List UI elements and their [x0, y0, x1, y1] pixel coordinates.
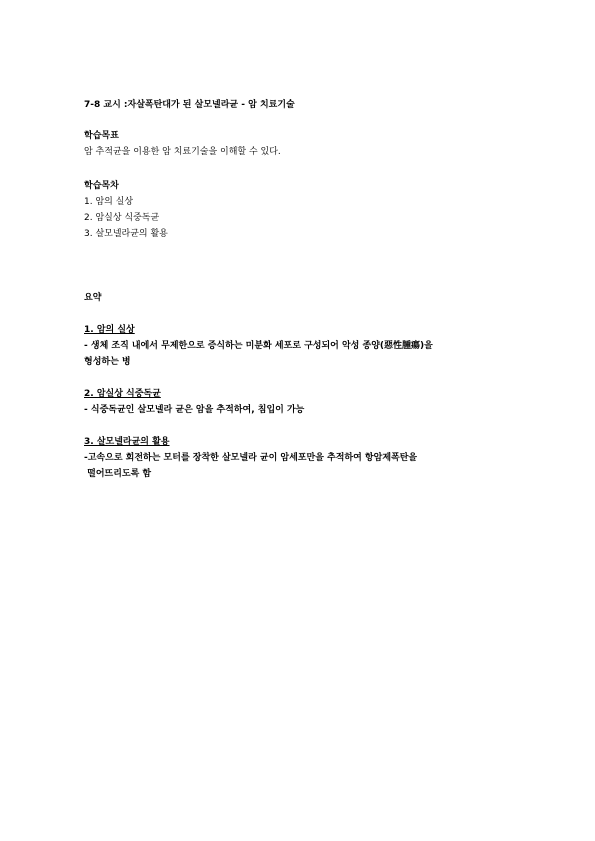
summary-section-title: 2. 암실상 식중독균 — [84, 388, 161, 400]
summary-section-line: 형성하는 병 — [84, 356, 131, 368]
contents-item: 1. 암의 실상 — [84, 196, 133, 208]
contents-item: 2. 암실상 식중독균 — [84, 212, 159, 224]
summary-section-line: - 생체 조직 내에서 무제한으로 증식하는 미분화 세포로 구성되어 악성 종… — [84, 340, 433, 352]
summary-section-title: 1. 암의 실상 — [84, 324, 135, 336]
objective-heading: 학습목표 — [84, 130, 119, 142]
document-title: 7-8 교시 :자살폭탄대가 된 살모넬라균 - 암 치료기술 — [84, 99, 295, 111]
summary-heading: 요약 — [84, 292, 101, 304]
objective-text: 암 추적균을 이용한 암 치료기술을 이해할 수 있다. — [84, 146, 281, 158]
summary-section-line: 떨어뜨리도록 함 — [84, 468, 151, 480]
summary-section-line: - 식중독균인 살모넬라 균은 암을 추적하여, 침입이 가능 — [84, 404, 304, 416]
summary-section-title: 3. 살모넬라균의 활용 — [84, 436, 170, 448]
contents-item: 3. 살모넬라균의 활용 — [84, 228, 168, 240]
summary-section-line: -고속으로 회전하는 모터를 장착한 살모넬라 균이 암세포만을 추적하여 항암… — [84, 452, 417, 464]
contents-heading: 학습목차 — [84, 180, 119, 192]
